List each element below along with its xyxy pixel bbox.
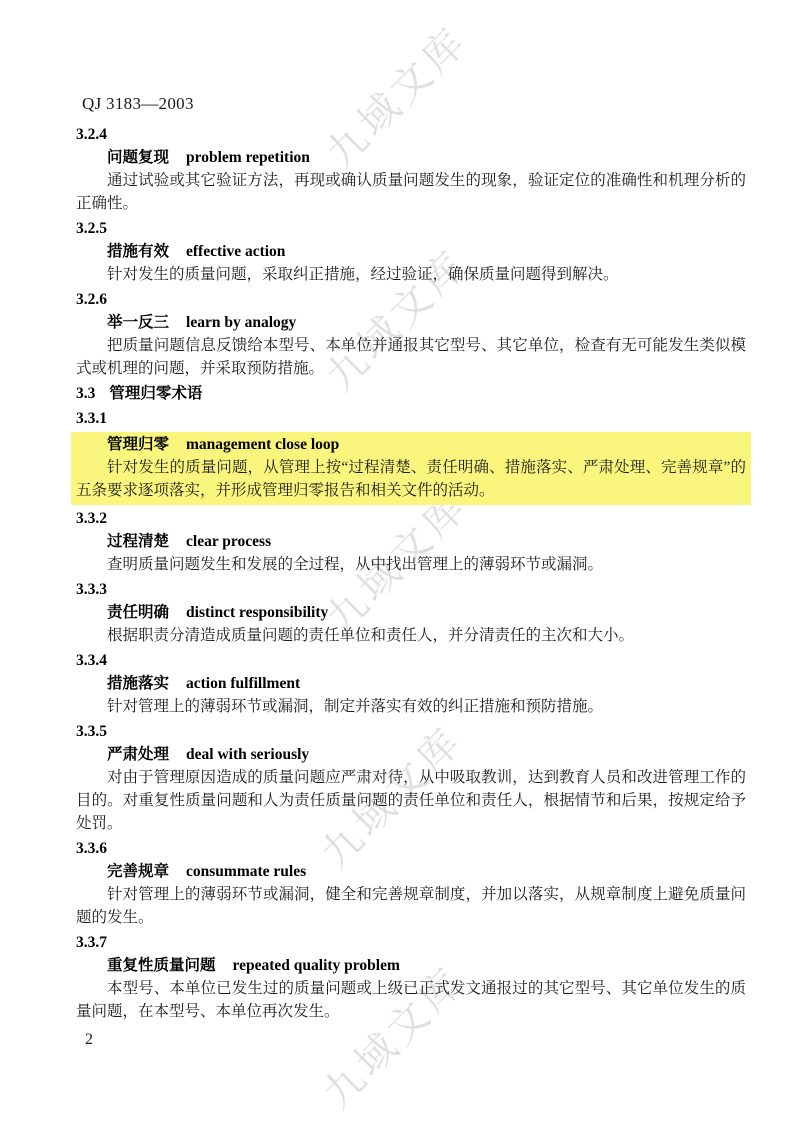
term-chinese: 管理归零 xyxy=(107,436,169,453)
subsection-heading-3-3: 3.3管理归零术语 xyxy=(76,382,746,405)
term-section-3-3-3: 3.3.3 责任明确distinct responsibility 根据职责分清… xyxy=(76,578,746,647)
definition-paragraph: 通过试验或其它验证方法，再现或确认质量问题发生的现象，验证定位的准确性和机理分析… xyxy=(76,169,746,215)
term-chinese: 严肃处理 xyxy=(107,746,169,763)
section-number: 3.3.5 xyxy=(76,720,746,743)
term-line: 问题复现problem repetition xyxy=(76,146,746,169)
term-line: 完善规章consummate rules xyxy=(76,860,746,883)
term-chinese: 问题复现 xyxy=(107,149,169,166)
section-number: 3.2.6 xyxy=(76,288,746,311)
section-number: 3.3.7 xyxy=(76,931,746,954)
term-english: clear process xyxy=(186,533,271,550)
term-section-3-2-5: 3.2.5 措施有效effective action 针对发生的质量问题，采取纠… xyxy=(76,217,746,286)
term-section-3-3-5: 3.3.5 严肃处理deal with seriously 对由于管理原因造成的… xyxy=(76,720,746,835)
term-line: 过程清楚clear process xyxy=(76,530,746,553)
term-section-3-2-4: 3.2.4 问题复现problem repetition 通过试验或其它验证方法… xyxy=(76,123,746,215)
term-section-3-2-6: 3.2.6 举一反三learn by analogy 把质量问题信息反馈给本型号… xyxy=(76,288,746,380)
term-english: distinct responsibility xyxy=(186,604,328,621)
definition-paragraph: 针对发生的质量问题，采取纠正措施，经过验证，确保质量问题得到解决。 xyxy=(76,263,746,286)
term-chinese: 举一反三 xyxy=(107,314,169,331)
term-english: effective action xyxy=(186,243,285,260)
term-section-3-3-4: 3.3.4 措施落实action fulfillment 针对管理上的薄弱环节或… xyxy=(76,649,746,718)
term-line: 责任明确distinct responsibility xyxy=(76,601,746,624)
term-english: problem repetition xyxy=(186,149,310,166)
term-chinese: 完善规章 xyxy=(107,863,169,880)
document-number-header: QJ 3183—2003 xyxy=(82,94,194,114)
section-number: 3.3.4 xyxy=(76,649,746,672)
page-number: 2 xyxy=(85,1031,93,1049)
term-chinese: 措施落实 xyxy=(107,675,169,692)
term-english: repeated quality problem xyxy=(233,957,400,974)
definition-paragraph: 查明质量问题发生和发展的全过程，从中找出管理上的薄弱环节或漏洞。 xyxy=(76,553,746,576)
definition-paragraph: 本型号、本单位已发生过的质量问题或上级已正式发文通报过的其它型号、其它单位发生的… xyxy=(76,977,746,1023)
term-chinese: 过程清楚 xyxy=(107,533,169,550)
term-english: deal with seriously xyxy=(186,746,309,763)
term-line: 严肃处理deal with seriously xyxy=(76,743,746,766)
section-number: 3.3.2 xyxy=(76,507,746,530)
highlighted-definition-block: 管理归零management close loop 针对发生的质量问题，从管理上… xyxy=(71,432,751,505)
term-line: 重复性质量问题repeated quality problem xyxy=(76,954,746,977)
term-english: action fulfillment xyxy=(186,675,300,692)
term-chinese: 责任明确 xyxy=(107,604,169,621)
term-section-3-3-6: 3.3.6 完善规章consummate rules 针对管理上的薄弱环节或漏洞… xyxy=(76,837,746,929)
term-chinese: 措施有效 xyxy=(107,243,169,260)
definition-paragraph: 把质量问题信息反馈给本型号、本单位并通报其它型号、其它单位，检查有无可能发生类似… xyxy=(76,334,746,380)
term-line: 措施落实action fulfillment xyxy=(76,672,746,695)
definition-paragraph: 对由于管理原因造成的质量问题应严肃对待，从中吸取教训，达到教育人员和改进管理工作… xyxy=(76,766,746,835)
term-section-3-3-7: 3.3.7 重复性质量问题repeated quality problem 本型… xyxy=(76,931,746,1023)
term-line: 措施有效effective action xyxy=(76,240,746,263)
section-number: 3.2.4 xyxy=(76,123,746,146)
section-number: 3.3.3 xyxy=(76,578,746,601)
term-section-3-3-1: 3.3.1 管理归零management close loop 针对发生的质量问… xyxy=(76,407,746,505)
term-line: 管理归零management close loop xyxy=(76,433,746,456)
definition-paragraph: 针对管理上的薄弱环节或漏洞，健全和完善规章制度，并加以落实，从规章制度上避免质量… xyxy=(76,883,746,929)
term-section-3-3-2: 3.3.2 过程清楚clear process 查明质量问题发生和发展的全过程，… xyxy=(76,507,746,576)
subsection-number: 3.3 xyxy=(76,385,95,402)
section-number: 3.3.6 xyxy=(76,837,746,860)
document-body: 3.2.4 问题复现problem repetition 通过试验或其它验证方法… xyxy=(76,121,746,1023)
definition-paragraph: 针对发生的质量问题，从管理上按“过程清楚、责任明确、措施落实、严肃处理、完善规章… xyxy=(76,456,746,502)
subsection-title: 管理归零术语 xyxy=(109,385,202,402)
section-number: 3.2.5 xyxy=(76,217,746,240)
document-page: 九域文库 九域文库 九域文库 九域文库 九域文库 QJ 3183—2003 3.… xyxy=(0,0,793,1122)
definition-paragraph: 针对管理上的薄弱环节或漏洞，制定并落实有效的纠正措施和预防措施。 xyxy=(76,695,746,718)
term-line: 举一反三learn by analogy xyxy=(76,311,746,334)
term-english: management close loop xyxy=(186,436,339,453)
term-english: learn by analogy xyxy=(186,314,296,331)
term-chinese: 重复性质量问题 xyxy=(107,957,216,974)
section-number: 3.3.1 xyxy=(76,407,746,430)
term-english: consummate rules xyxy=(186,863,306,880)
definition-paragraph: 根据职责分清造成质量问题的责任单位和责任人，并分清责任的主次和大小。 xyxy=(76,624,746,647)
